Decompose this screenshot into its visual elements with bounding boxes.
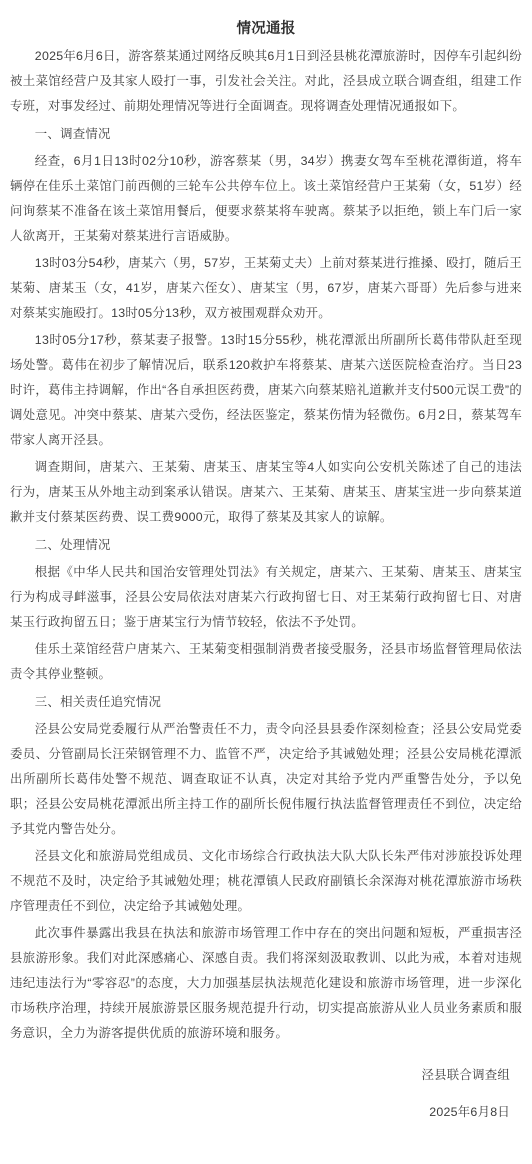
section-2-paragraph-2: 佳乐土菜馆经营户唐某六、王某菊变相强制消费者接受服务，泾县市场监督管理局依法责令… [10, 637, 522, 687]
section-1-paragraph-1: 经查，6月1日13时02分10秒，游客蔡某（男，34岁）携妻女驾车至桃花潭街道，… [10, 149, 522, 249]
section-1-paragraph-4: 调查期间，唐某六、王某菊、唐某玉、唐某宝等4人如实向公安机关陈述了自己的违法行为… [10, 455, 522, 530]
section-1-heading: 一、调查情况 [10, 122, 522, 147]
page-title: 情况通报 [10, 17, 522, 42]
issuer-signature: 泾县联合调查组 [10, 1063, 522, 1088]
section-3-paragraph-2: 泾县文化和旅游局党组成员、文化市场综合行政执法大队大队长朱严伟对涉旅投诉处理不规… [10, 844, 522, 919]
section-3-paragraph-3: 此次事件暴露出我县在执法和旅游市场管理工作中存在的突出问题和短板，严重损害泾县旅… [10, 921, 522, 1046]
section-1-paragraph-2: 13时03分54秒，唐某六（男，57岁，王某菊丈夫）上前对蔡某进行推搡、殴打，随… [10, 251, 522, 326]
intro-paragraph: 2025年6月6日，游客蔡某通过网络反映其6月1日到泾县桃花潭旅游时，因停车引起… [10, 44, 522, 119]
section-1-paragraph-3: 13时05分17秒，蔡某妻子报警。13时15分55秒，桃花潭派出所副所长葛伟带队… [10, 328, 522, 453]
notice-document: 情况通报 2025年6月6日，游客蔡某通过网络反映其6月1日到泾县桃花潭旅游时，… [0, 0, 532, 1164]
section-3-heading: 三、相关责任追究情况 [10, 690, 522, 715]
section-2-heading: 二、处理情况 [10, 533, 522, 558]
issue-date: 2025年6月8日 [10, 1100, 522, 1125]
section-3-paragraph-1: 泾县公安局党委履行从严治警责任不力，责令向泾县县委作深刻检查；泾县公安局党委委员… [10, 717, 522, 842]
section-2-paragraph-1: 根据《中华人民共和国治安管理处罚法》有关规定，唐某六、王某菊、唐某玉、唐某宝行为… [10, 560, 522, 635]
